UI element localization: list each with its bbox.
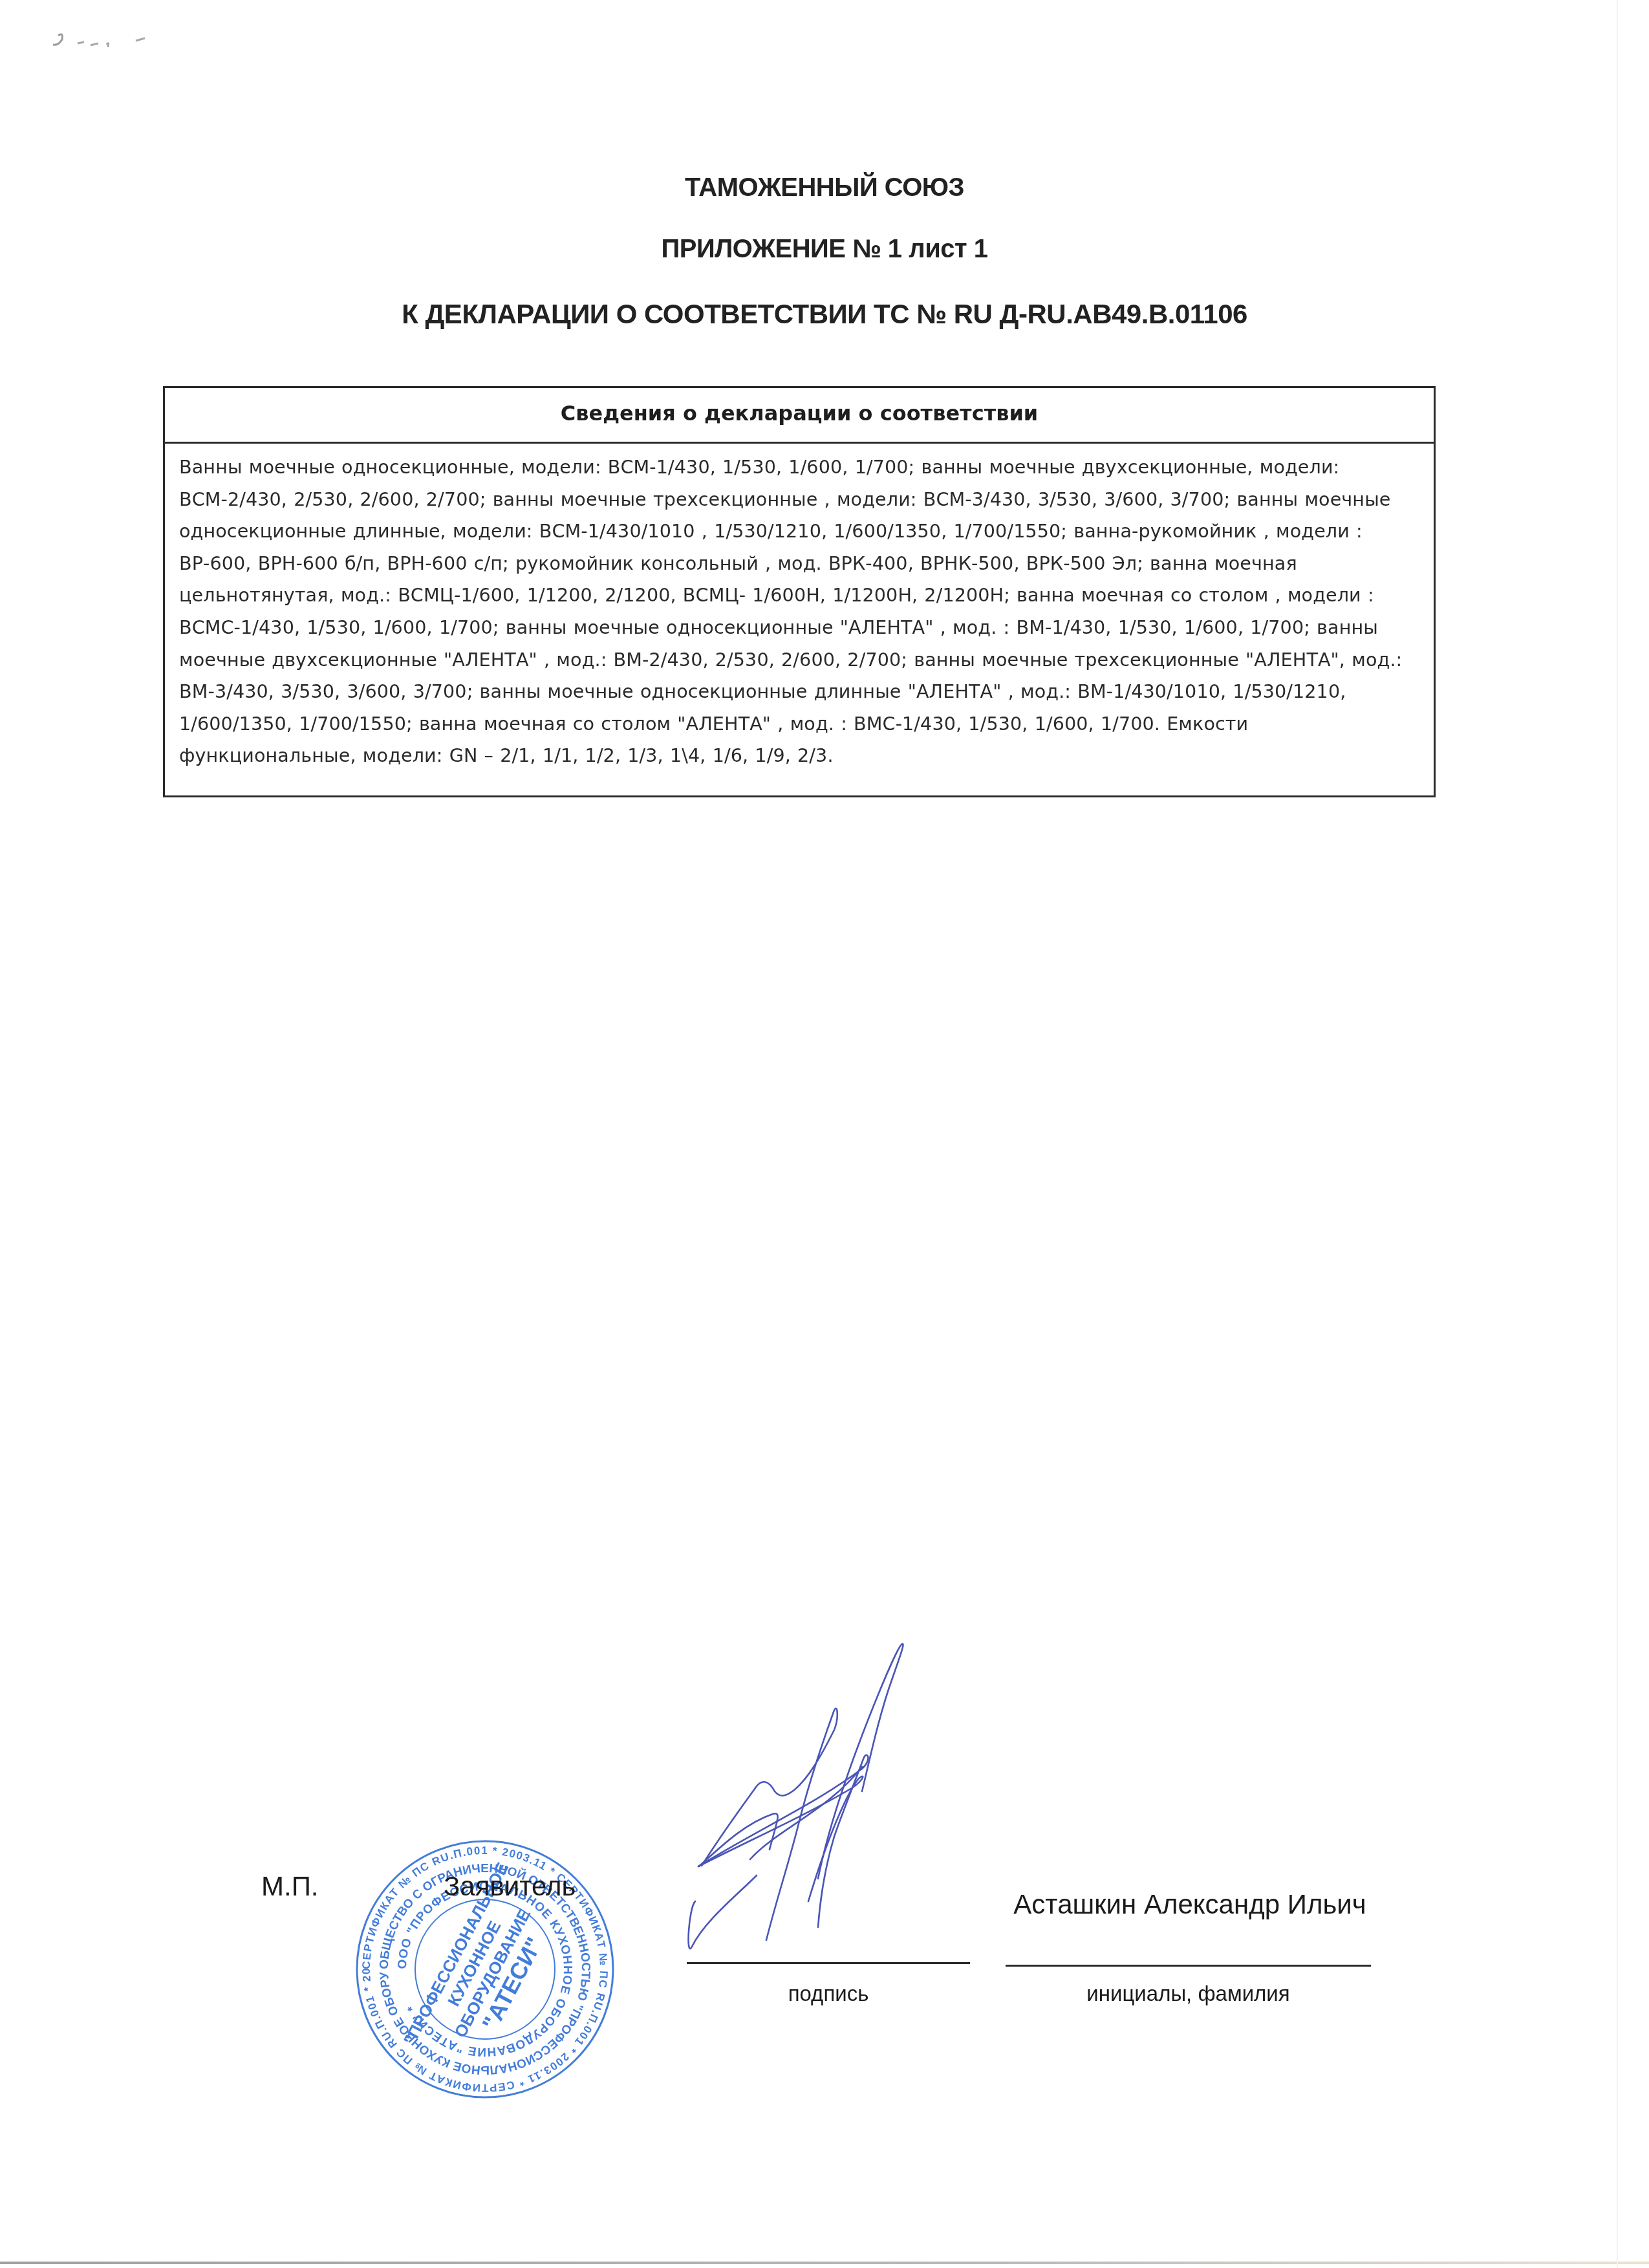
pencil-mark xyxy=(45,29,162,55)
name-line xyxy=(1006,1965,1371,1967)
name-caption: инициалы, фамилия xyxy=(1006,1982,1371,2006)
scan-edge-shadow xyxy=(0,2262,1649,2264)
declaration-number-title: К ДЕКЛАРАЦИИ О СООТВЕТСТВИИ ТС № RU Д-RU… xyxy=(0,299,1649,330)
appendix-title: ПРИЛОЖЕНИЕ № 1 лист 1 xyxy=(0,235,1649,264)
customs-union-title: ТАМОЖЕННЫЙ СОЮЗ xyxy=(0,173,1649,202)
handwritten-signature xyxy=(679,1617,1423,2263)
declaration-info-table: Сведения о декларации о соответствии Ван… xyxy=(163,386,1436,797)
signatory-name: Асташкин Александр Ильич xyxy=(1009,1888,1371,1921)
signature-caption: подпись xyxy=(687,1982,970,2006)
applicant-label: Заявитель xyxy=(444,1871,576,1902)
signature-line xyxy=(687,1962,970,1964)
table-body-text: Ванны моечные односекционные, модели: ВС… xyxy=(165,444,1434,772)
seal-place-label: М.П. xyxy=(261,1871,319,1902)
scan-edge-right xyxy=(1617,0,1618,2268)
table-heading: Сведения о декларации о соответствии xyxy=(165,388,1434,444)
